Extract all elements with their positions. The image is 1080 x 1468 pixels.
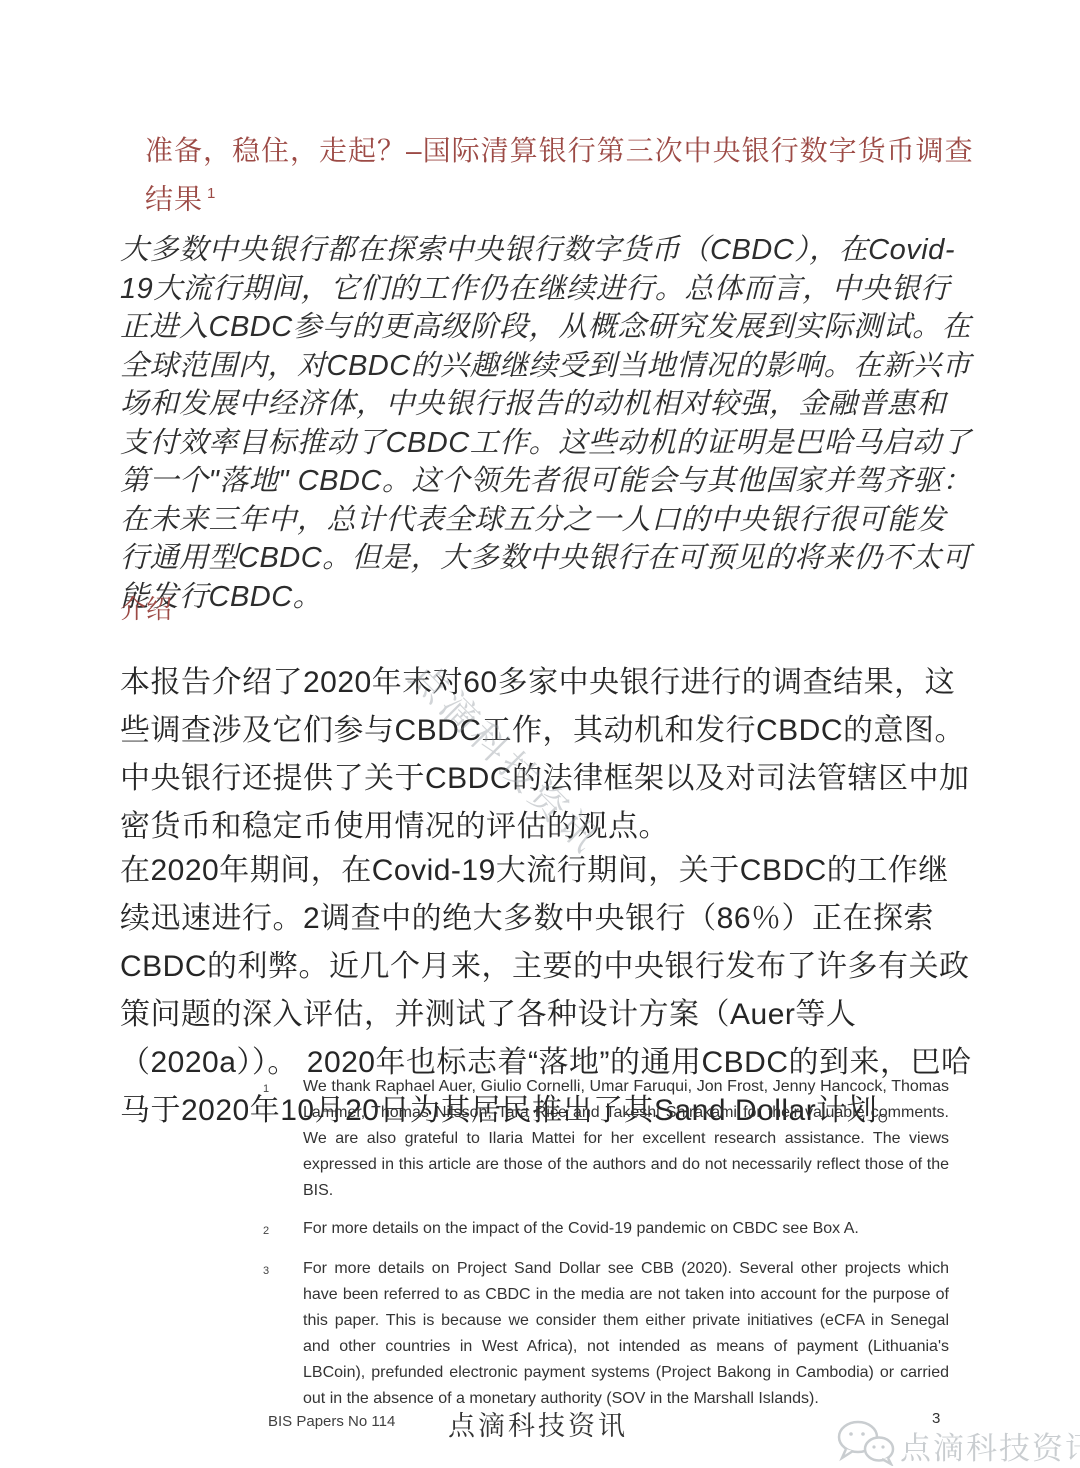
- footnote-2-number: 2: [263, 1216, 303, 1244]
- brand-logo-text: 点滴科技资讯: [900, 1423, 1080, 1468]
- document-page: 准备，稳住，走起？–国际清算银行第三次中央银行数字货币调查结果1 大多数中央银行…: [0, 0, 1080, 1468]
- intro-paragraph-1: 本报告介绍了2020年末对60多家中央银行进行的调查结果，这些调查涉及它们参与C…: [120, 659, 972, 851]
- footnote-2: 2 For more details on the impact of the …: [263, 1216, 949, 1244]
- title-footnote-ref: 1: [207, 185, 216, 202]
- abstract-paragraph: 大多数中央银行都在探索中央银行数字货币（CBDC），在Covid-19大流行期间…: [120, 231, 972, 616]
- footnote-2-text: For more details on the impact of the Co…: [303, 1216, 949, 1244]
- footnote-3-number: 3: [263, 1256, 303, 1412]
- section-heading-intro: 介绍: [120, 589, 172, 626]
- chat-bubbles-icon: [836, 1420, 896, 1468]
- footnote-3: 3 For more details on Project Sand Dolla…: [263, 1256, 949, 1412]
- page-title-text: 准备，稳住，走起？–国际清算银行第三次中央银行数字货币调查结果: [145, 135, 974, 214]
- footer-brand-label: 点滴科技资讯: [448, 1404, 628, 1443]
- footnote-1-text: We thank Raphael Auer, Giulio Cornelli, …: [303, 1074, 949, 1204]
- footnote-3-text: For more details on Project Sand Dollar …: [303, 1256, 949, 1412]
- footnotes-block: 1 We thank Raphael Auer, Giulio Cornelli…: [263, 1074, 949, 1424]
- footnote-1: 1 We thank Raphael Auer, Giulio Cornelli…: [263, 1074, 949, 1204]
- footer-series-label: BIS Papers No 114: [268, 1413, 395, 1430]
- footnote-1-number: 1: [263, 1074, 303, 1204]
- brand-logo: 点滴科技资讯: [836, 1420, 1080, 1468]
- page-title: 准备，稳住，走起？–国际清算银行第三次中央银行数字货币调查结果1: [145, 129, 1000, 220]
